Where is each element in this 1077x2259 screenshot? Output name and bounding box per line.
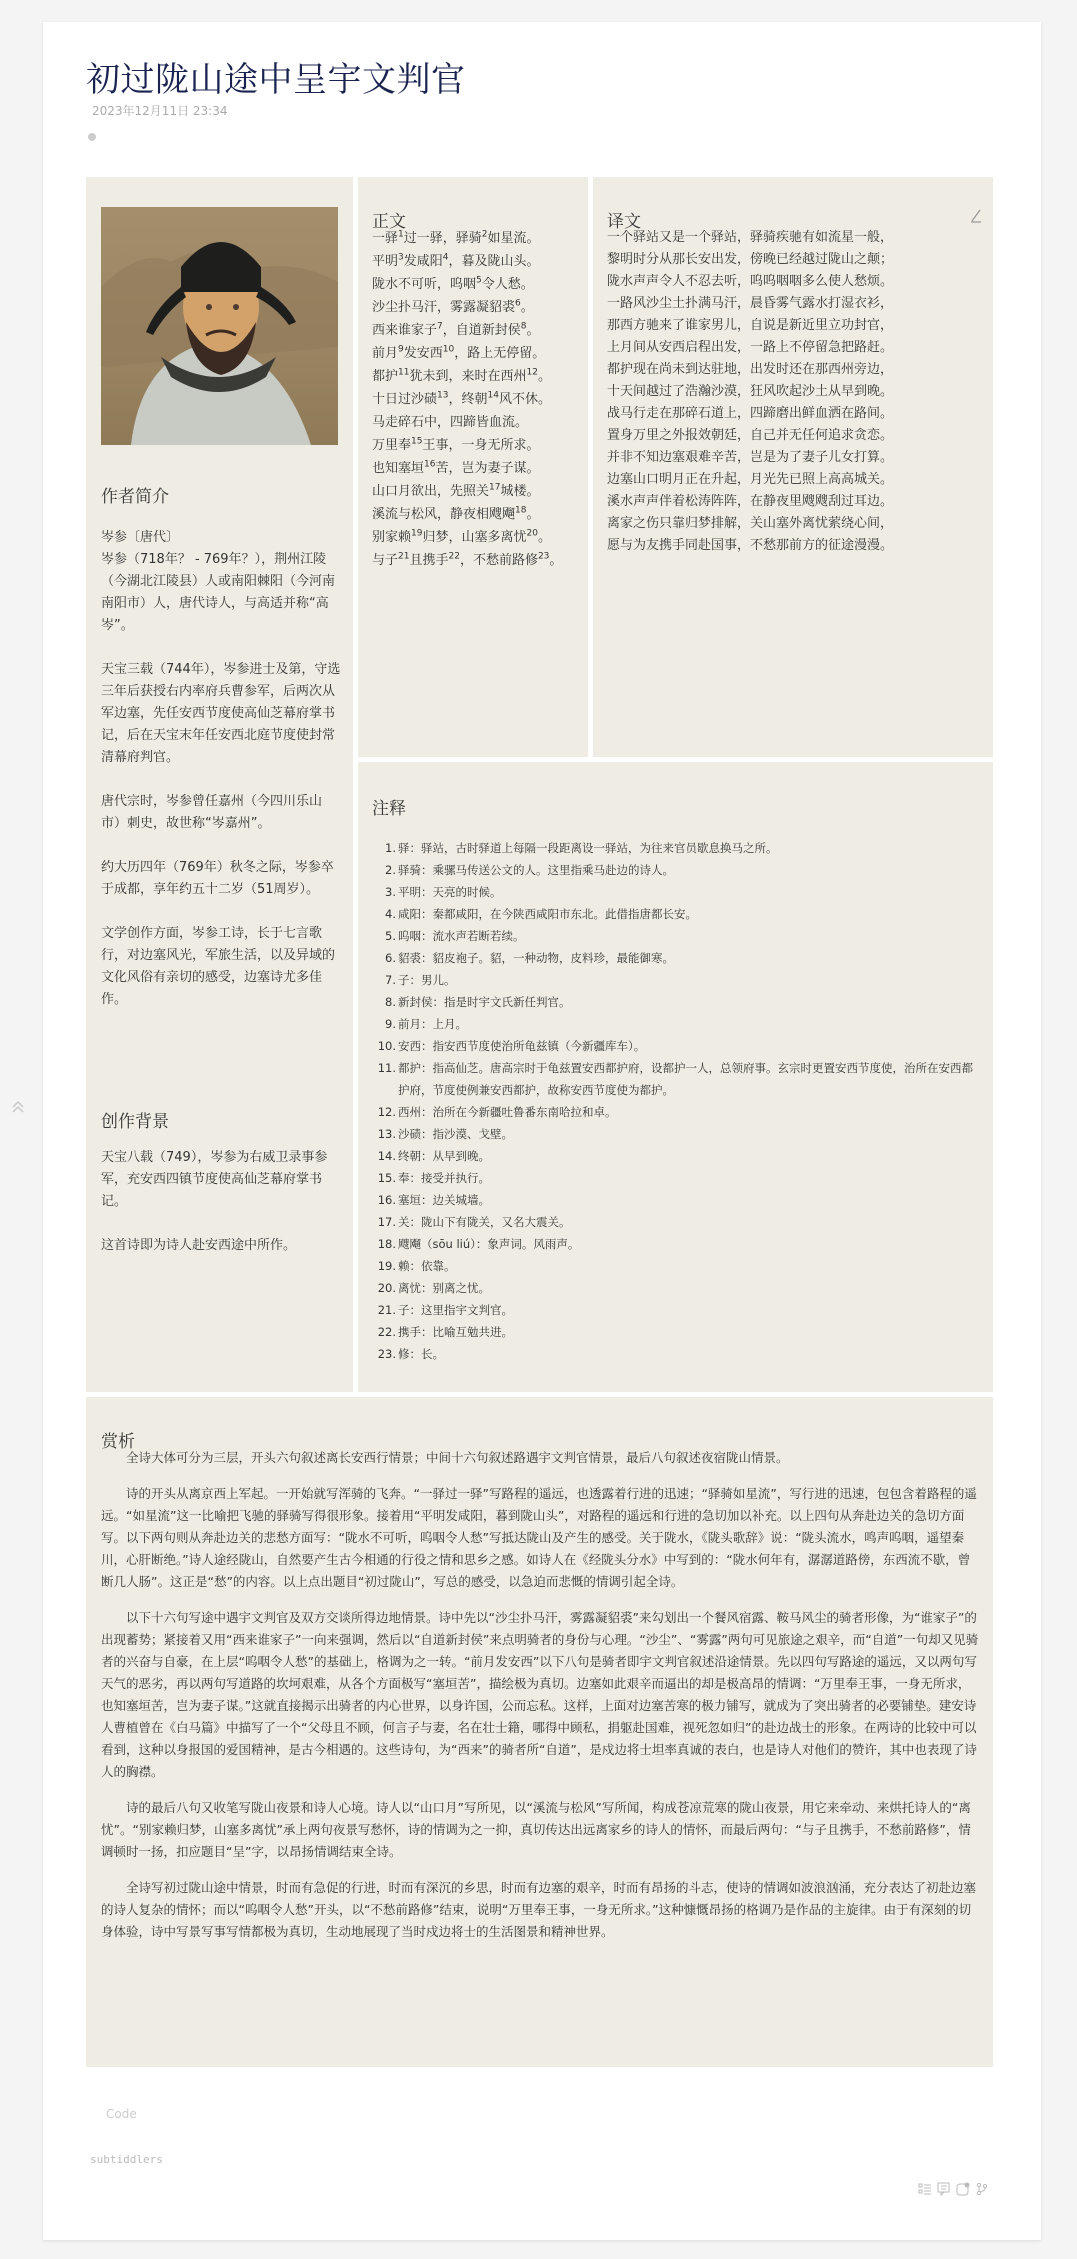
note-text: 新封侯：指是时宇文氏新任判官。 [398, 991, 979, 1013]
note-ref[interactable]: 10 [443, 345, 454, 355]
note-item: 8.新封侯：指是时宇文氏新任判官。 [384, 991, 979, 1013]
note-text: 咸阳：秦都咸阳，在今陕西咸阳市东北。此借指唐都长安。 [398, 903, 979, 925]
note-text: 奉：接受并执行。 [398, 1167, 979, 1189]
note-item: 3.平明：天亮的时候。 [384, 881, 979, 903]
analysis-paragraph: 全诗大体可分为三层，开头六句叙述离长安西行情景；中间十六句叙述路遇宇文判官情景，… [101, 1447, 979, 1469]
translation-body: 一个驿站又是一个驿站，驿骑疾驰有如流星一般，黎明时分从那长安出发，傍晚已经越过陇… [607, 227, 987, 557]
poem-line: 十日过沙碛13，终朝14风不休。 [372, 388, 582, 411]
note-number: 20. [370, 1277, 396, 1299]
note-text: 子：男儿。 [398, 969, 979, 991]
poem-line: 也知塞垣16苦，岂为妻子谋。 [372, 457, 582, 480]
poem-line: 沙尘扑马汗，雾露凝貂裘6。 [372, 296, 582, 319]
poem-text: 都护 [372, 369, 398, 384]
poem-line: 山口月欲出，先照关17城楼。 [372, 480, 582, 503]
note-text: 都护：指高仙芝。唐高宗时于龟兹置安西都护府，设都护一人，总领府事。玄宗时更置安西… [398, 1057, 979, 1101]
poem-line: 一驿1过一驿，驿骑2如星流。 [372, 227, 582, 250]
note-number: 8. [370, 991, 396, 1013]
note-text: 前月：上月。 [398, 1013, 979, 1035]
poem-line: 前月9发安西10，路上无停留。 [372, 342, 582, 365]
analysis-panel: 赏析 全诗大体可分为三层，开头六句叙述离长安西行情景；中间十六句叙述路遇宇文判官… [86, 1397, 993, 2067]
note-text: 离忧：别离之忧。 [398, 1277, 979, 1299]
note-text: 呜咽：流水声若断若续。 [398, 925, 979, 947]
poem-text: 归梦，山塞多离忧 [422, 530, 526, 545]
note-text: 沙碛：指沙漠、戈壁。 [398, 1123, 979, 1145]
poem-text: 山口月欲出，先照关 [372, 484, 489, 499]
note-number: 3. [370, 881, 396, 903]
poem-text: 发咸阳 [404, 254, 443, 269]
poem-text: 。 [521, 300, 534, 315]
notes-heading: 注释 [372, 794, 406, 819]
translation-line: 置身万里之外报效朝廷，自己并无任何追求贪恋。 [607, 425, 987, 447]
poem-text: 平明 [372, 254, 398, 269]
note-ref[interactable]: 23 [538, 552, 549, 562]
note-item: 14.终朝：从早到晚。 [384, 1145, 979, 1167]
note-item: 18.飕飗（sōu liú）：象声词。风雨声。 [384, 1233, 979, 1255]
comment-icon[interactable] [937, 2181, 951, 2195]
poem-text: ，暮及陇山头。 [449, 254, 540, 269]
note-text: 携手：比喻互勉共进。 [398, 1321, 979, 1343]
note-number: 9. [370, 1013, 396, 1035]
poem-text: 王事，一身无所求。 [422, 438, 539, 453]
note-ref[interactable]: 18 [515, 506, 526, 516]
poem-text: 万里奉 [372, 438, 411, 453]
note-number: 21. [370, 1299, 396, 1321]
note-text: 修：长。 [398, 1343, 979, 1365]
author-heading: 作者简介 [101, 482, 169, 507]
analysis-paragraph: 诗的最后八句又收笔写陇山夜景和诗人心境。诗人以“山口月”写所见，以“溪流与松风”… [101, 1797, 979, 1863]
poem-line: 与子21且携手22，不愁前路修23。 [372, 549, 582, 572]
translation-line: 黎明时分从那长安出发，傍晚已经越过陇山之颠； [607, 249, 987, 271]
poem-text: 。 [527, 323, 540, 338]
notes-list: 1.驿：驿站，古时驿道上每隔一段距离设一驿站，为往来官员歇息换马之所。2.驿骑：… [384, 837, 979, 1365]
background-text: 天宝八载（749），岑参为右威卫录事参军，充安西四镇节度使高仙芝幕府掌书记。 这… [101, 1147, 341, 1279]
edit-pencil-icon[interactable] [967, 207, 985, 225]
poem-text: 一驿 [372, 231, 398, 246]
author-paragraph: 唐代宗时，岑参曾任嘉州（今四川乐山市）刺史，故世称“岑嘉州”。 [101, 791, 341, 835]
note-item: 1.驿：驿站，古时驿道上每隔一段距离设一驿站，为往来官员歇息换马之所。 [384, 837, 979, 859]
poem-line: 都护11犹未到，来时在西州12。 [372, 365, 582, 388]
note-item: 12.西州：治所在今新疆吐鲁番东南哈拉和卓。 [384, 1101, 979, 1123]
poem-text: ，终朝 [448, 392, 487, 407]
subtiddlers-label: subtiddlers [90, 2153, 163, 2166]
note-number: 2. [370, 859, 396, 881]
notification-icon[interactable] [956, 2181, 970, 2195]
poem-text: 。 [538, 369, 551, 384]
note-text: 子：这里指宇文判官。 [398, 1299, 979, 1321]
poem-text: 别家赖 [372, 530, 411, 545]
note-number: 15. [370, 1167, 396, 1189]
note-number: 6. [370, 947, 396, 969]
poem-text: 。 [526, 507, 539, 522]
note-item: 17.关：陇山下有陇关，又名大震关。 [384, 1211, 979, 1233]
poem-body: 一驿1过一驿，驿骑2如星流。平明3发咸阳4，暮及陇山头。陇水不可听，呜咽5令人愁… [372, 227, 582, 572]
tag-dot-icon [88, 133, 96, 141]
note-ref[interactable]: 17 [489, 483, 500, 493]
background-paragraph: 天宝八载（749），岑参为右威卫录事参军，充安西四镇节度使高仙芝幕府掌书记。 [101, 1147, 341, 1213]
note-item: 13.沙碛：指沙漠、戈壁。 [384, 1123, 979, 1145]
notes-panel: 注释 1.驿：驿站，古时驿道上每隔一段距离设一驿站，为往来官员歇息换马之所。2.… [358, 762, 993, 1392]
poem-text: 沙尘扑马汗，雾露凝貂裘 [372, 300, 515, 315]
translation-line: 溪水声声伴着松涛阵阵，在静夜里飕飕刮过耳边。 [607, 491, 987, 513]
translation-line: 陇水声声令人不忍去听，呜呜咽咽多么使人愁烦。 [607, 271, 987, 293]
code-link[interactable]: Code [106, 2107, 137, 2121]
translation-line: 边塞山口明月正在升起，月光先已照上高高城关。 [607, 469, 987, 491]
note-number: 10. [370, 1035, 396, 1057]
note-text: 平明：天亮的时候。 [398, 881, 979, 903]
note-item: 20.离忧：别离之忧。 [384, 1277, 979, 1299]
poem-text: 西来谁家子 [372, 323, 437, 338]
poem-text: ，路上无停留。 [454, 346, 545, 361]
poem-text: 。 [549, 553, 562, 568]
note-number: 17. [370, 1211, 396, 1233]
author-paragraph: 约大历四年（769年）秋冬之际，岑参卒于成都，享年约五十二岁（51周岁）。 [101, 857, 341, 901]
poem-line: 溪流与松风，静夜相飕飗18。 [372, 503, 582, 526]
translation-line: 愿与为友携手同赴国事，不愁那前方的征途漫漫。 [607, 535, 987, 557]
note-item: 19.赖：依靠。 [384, 1255, 979, 1277]
poem-text: 风不休。 [499, 392, 551, 407]
tiddler-card: 初过陇山途中呈宇文判官 2023年12月11日 23:34 作者简介 岑参〔唐代… [43, 22, 1041, 2240]
poem-text: 犹未到，来时在西州 [409, 369, 526, 384]
note-item: 16.塞垣：边关城墙。 [384, 1189, 979, 1211]
note-item: 23.修：长。 [384, 1343, 979, 1365]
page-date: 2023年12月11日 23:34 [92, 102, 227, 119]
poem-text: 溪流与松风，静夜相飕飗 [372, 507, 515, 522]
translation-line: 战马行走在那碎石道上，四蹄磨出鲜血洒在路间。 [607, 403, 987, 425]
note-text: 塞垣：边关城墙。 [398, 1189, 979, 1211]
poem-text: ，自道新封侯 [443, 323, 521, 338]
note-number: 16. [370, 1189, 396, 1211]
note-item: 22.携手：比喻互勉共进。 [384, 1321, 979, 1343]
note-item: 10.安西：指安西节度使治所龟兹镇（今新疆库车）。 [384, 1035, 979, 1057]
translation-line: 并非不知边塞艰难辛苦，岂是为了妻子儿女打算。 [607, 447, 987, 469]
analysis-paragraph: 全诗写初过陇山途中情景，时而有急促的行进，时而有深沉的乡思，时而有边塞的艰辛，时… [101, 1877, 979, 1943]
note-number: 23. [370, 1343, 396, 1365]
poem-line: 马走碎石中，四蹄皆血流。 [372, 411, 582, 434]
note-text: 关：陇山下有陇关，又名大震关。 [398, 1211, 979, 1233]
note-item: 9.前月：上月。 [384, 1013, 979, 1035]
note-text: 驿骑：乘骡马传送公文的人。这里指乘马赴边的诗人。 [398, 859, 979, 881]
translation-line: 都护现在尚未到达驻地，出发时还在那西州旁边， [607, 359, 987, 381]
poem-text: 令人愁。 [482, 277, 534, 292]
poem-panel: 正文 一驿1过一驿，驿骑2如星流。平明3发咸阳4，暮及陇山头。陇水不可听，呜咽5… [358, 177, 588, 757]
note-number: 4. [370, 903, 396, 925]
note-text: 驿：驿站，古时驿道上每隔一段距离设一驿站，为往来官员歇息换马之所。 [398, 837, 979, 859]
poem-text: 与子 [372, 553, 398, 568]
note-text: 终朝：从早到晚。 [398, 1145, 979, 1167]
analysis-paragraph: 以下十六句写途中遇宇文判官及双方交谈所得边地情景。诗中先以“沙尘扑马汗，雾露凝貂… [101, 1607, 979, 1783]
note-ref[interactable]: 19 [411, 529, 422, 539]
note-text: 赖：依靠。 [398, 1255, 979, 1277]
translation-line: 十天间越过了浩瀚沙漠，狂风吹起沙土从早到晚。 [607, 381, 987, 403]
poem-text: 前月 [372, 346, 398, 361]
note-ref[interactable]: 11 [398, 368, 409, 378]
translation-line: 上月间从安西启程出发，一路上不停留急把路赶。 [607, 337, 987, 359]
analysis-paragraph: 诗的开头从离京西上军起。一开始就写浑骑的飞奔。“一驿过一驿”写路程的遥远，也透露… [101, 1483, 979, 1593]
page-title: 初过陇山途中呈宇文判官 [86, 52, 466, 101]
poem-text: 苦，岂为妻子谋。 [435, 461, 539, 476]
note-number: 22. [370, 1321, 396, 1343]
footer-toolbar [918, 2181, 989, 2195]
poem-text: ，不愁前路修 [460, 553, 538, 568]
note-item: 15.奉：接受并执行。 [384, 1167, 979, 1189]
poem-line: 陇水不可听，呜咽5令人愁。 [372, 273, 582, 296]
note-number: 12. [370, 1101, 396, 1123]
poem-text: 城楼。 [500, 484, 539, 499]
note-ref[interactable]: 13 [437, 391, 448, 401]
note-number: 7. [370, 969, 396, 991]
note-ref[interactable]: 21 [398, 552, 409, 562]
translation-line: 离家之伤只靠归梦排解，关山塞外离忧萦绕心间， [607, 513, 987, 535]
poem-text: 也知塞垣 [372, 461, 424, 476]
poem-line: 平明3发咸阳4，暮及陇山头。 [372, 250, 582, 273]
checklist-icon[interactable] [918, 2181, 932, 2195]
poem-line: 别家赖19归梦，山塞多离忧20。 [372, 526, 582, 549]
poem-text: 过一驿，驿骑 [404, 231, 482, 246]
poem-text: 发安西 [404, 346, 443, 361]
note-item: 21.子：这里指宇文判官。 [384, 1299, 979, 1321]
author-portrait [101, 207, 338, 445]
note-number: 5. [370, 925, 396, 947]
note-item: 4.咸阳：秦都咸阳，在今陕西咸阳市东北。此借指唐都长安。 [384, 903, 979, 925]
poem-text: 陇水不可听，呜咽 [372, 277, 476, 292]
analysis-body: 全诗大体可分为三层，开头六句叙述离长安西行情景；中间十六句叙述路遇宇文判官情景，… [101, 1447, 979, 1957]
note-number: 1. [370, 837, 396, 859]
note-text: 安西：指安西节度使治所龟兹镇（今新疆库车）。 [398, 1035, 979, 1057]
author-bio: 岑参〔唐代〕 岑参（718年？ - 769年？），荆州江陵（今湖北江陵县）人或南… [101, 527, 341, 1033]
note-item: 5.呜咽：流水声若断若续。 [384, 925, 979, 947]
note-ref[interactable]: 22 [448, 552, 459, 562]
note-item: 2.驿骑：乘骡马传送公文的人。这里指乘马赴边的诗人。 [384, 859, 979, 881]
poem-line: 万里奉15王事，一身无所求。 [372, 434, 582, 457]
background-paragraph: 这首诗即为诗人赴安西途中所作。 [101, 1235, 341, 1257]
author-panel: 作者简介 岑参〔唐代〕 岑参（718年？ - 769年？），荆州江陵（今湖北江陵… [86, 177, 353, 1392]
background-heading: 创作背景 [101, 1107, 169, 1132]
poem-text: 马走碎石中，四蹄皆血流。 [372, 415, 528, 430]
author-paragraph: 文学创作方面，岑参工诗，长于七言歌行，对边塞风光，军旅生活，以及异域的文化风俗有… [101, 923, 341, 1011]
note-number: 14. [370, 1145, 396, 1167]
note-number: 11. [370, 1057, 396, 1079]
translation-panel: 译文 一个驿站又是一个驿站，驿骑疾驰有如流星一般，黎明时分从那长安出发，傍晚已经… [593, 177, 993, 757]
note-ref[interactable]: 16 [424, 460, 435, 470]
note-ref[interactable]: 20 [526, 529, 537, 539]
note-item: 6.貂裘：貂皮袍子。貂，一种动物，皮料珍，最能御寒。 [384, 947, 979, 969]
poem-text: 且携手 [409, 553, 448, 568]
note-number: 19. [370, 1255, 396, 1277]
note-ref[interactable]: 14 [487, 391, 498, 401]
note-number: 18. [370, 1233, 396, 1255]
author-paragraph: 天宝三载（744年），岑参进士及第，守选三年后获授右内率府兵曹参军，后两次从军边… [101, 659, 341, 769]
note-number: 13. [370, 1123, 396, 1145]
note-item: 7.子：男儿。 [384, 969, 979, 991]
note-ref[interactable]: 12 [526, 368, 537, 378]
note-item: 11.都护：指高仙芝。唐高宗时于龟兹置安西都护府，设都护一人，总领府事。玄宗时更… [384, 1057, 979, 1101]
translation-line: 那西方驰来了谁家男儿，自说是新近里立功封官， [607, 315, 987, 337]
note-text: 貂裘：貂皮袍子。貂，一种动物，皮料珍，最能御寒。 [398, 947, 979, 969]
note-text: 飕飗（sōu liú）：象声词。风雨声。 [398, 1233, 979, 1255]
scroll-to-top-icon[interactable] [10, 1100, 26, 1118]
author-paragraph: 岑参〔唐代〕 岑参（718年？ - 769年？），荆州江陵（今湖北江陵县）人或南… [101, 527, 341, 637]
poem-text: 十日过沙碛 [372, 392, 437, 407]
branch-icon[interactable] [975, 2181, 989, 2195]
poem-text: 。 [538, 530, 551, 545]
note-ref[interactable]: 15 [411, 437, 422, 447]
translation-line: 一路风沙尘土扑满马汗，晨昏雾气露水打湿衣衫， [607, 293, 987, 315]
note-text: 西州：治所在今新疆吐鲁番东南哈拉和卓。 [398, 1101, 979, 1123]
translation-line: 一个驿站又是一个驿站，驿骑疾驰有如流星一般， [607, 227, 987, 249]
poem-line: 西来谁家子7，自道新封侯8。 [372, 319, 582, 342]
poem-text: 如星流。 [488, 231, 540, 246]
